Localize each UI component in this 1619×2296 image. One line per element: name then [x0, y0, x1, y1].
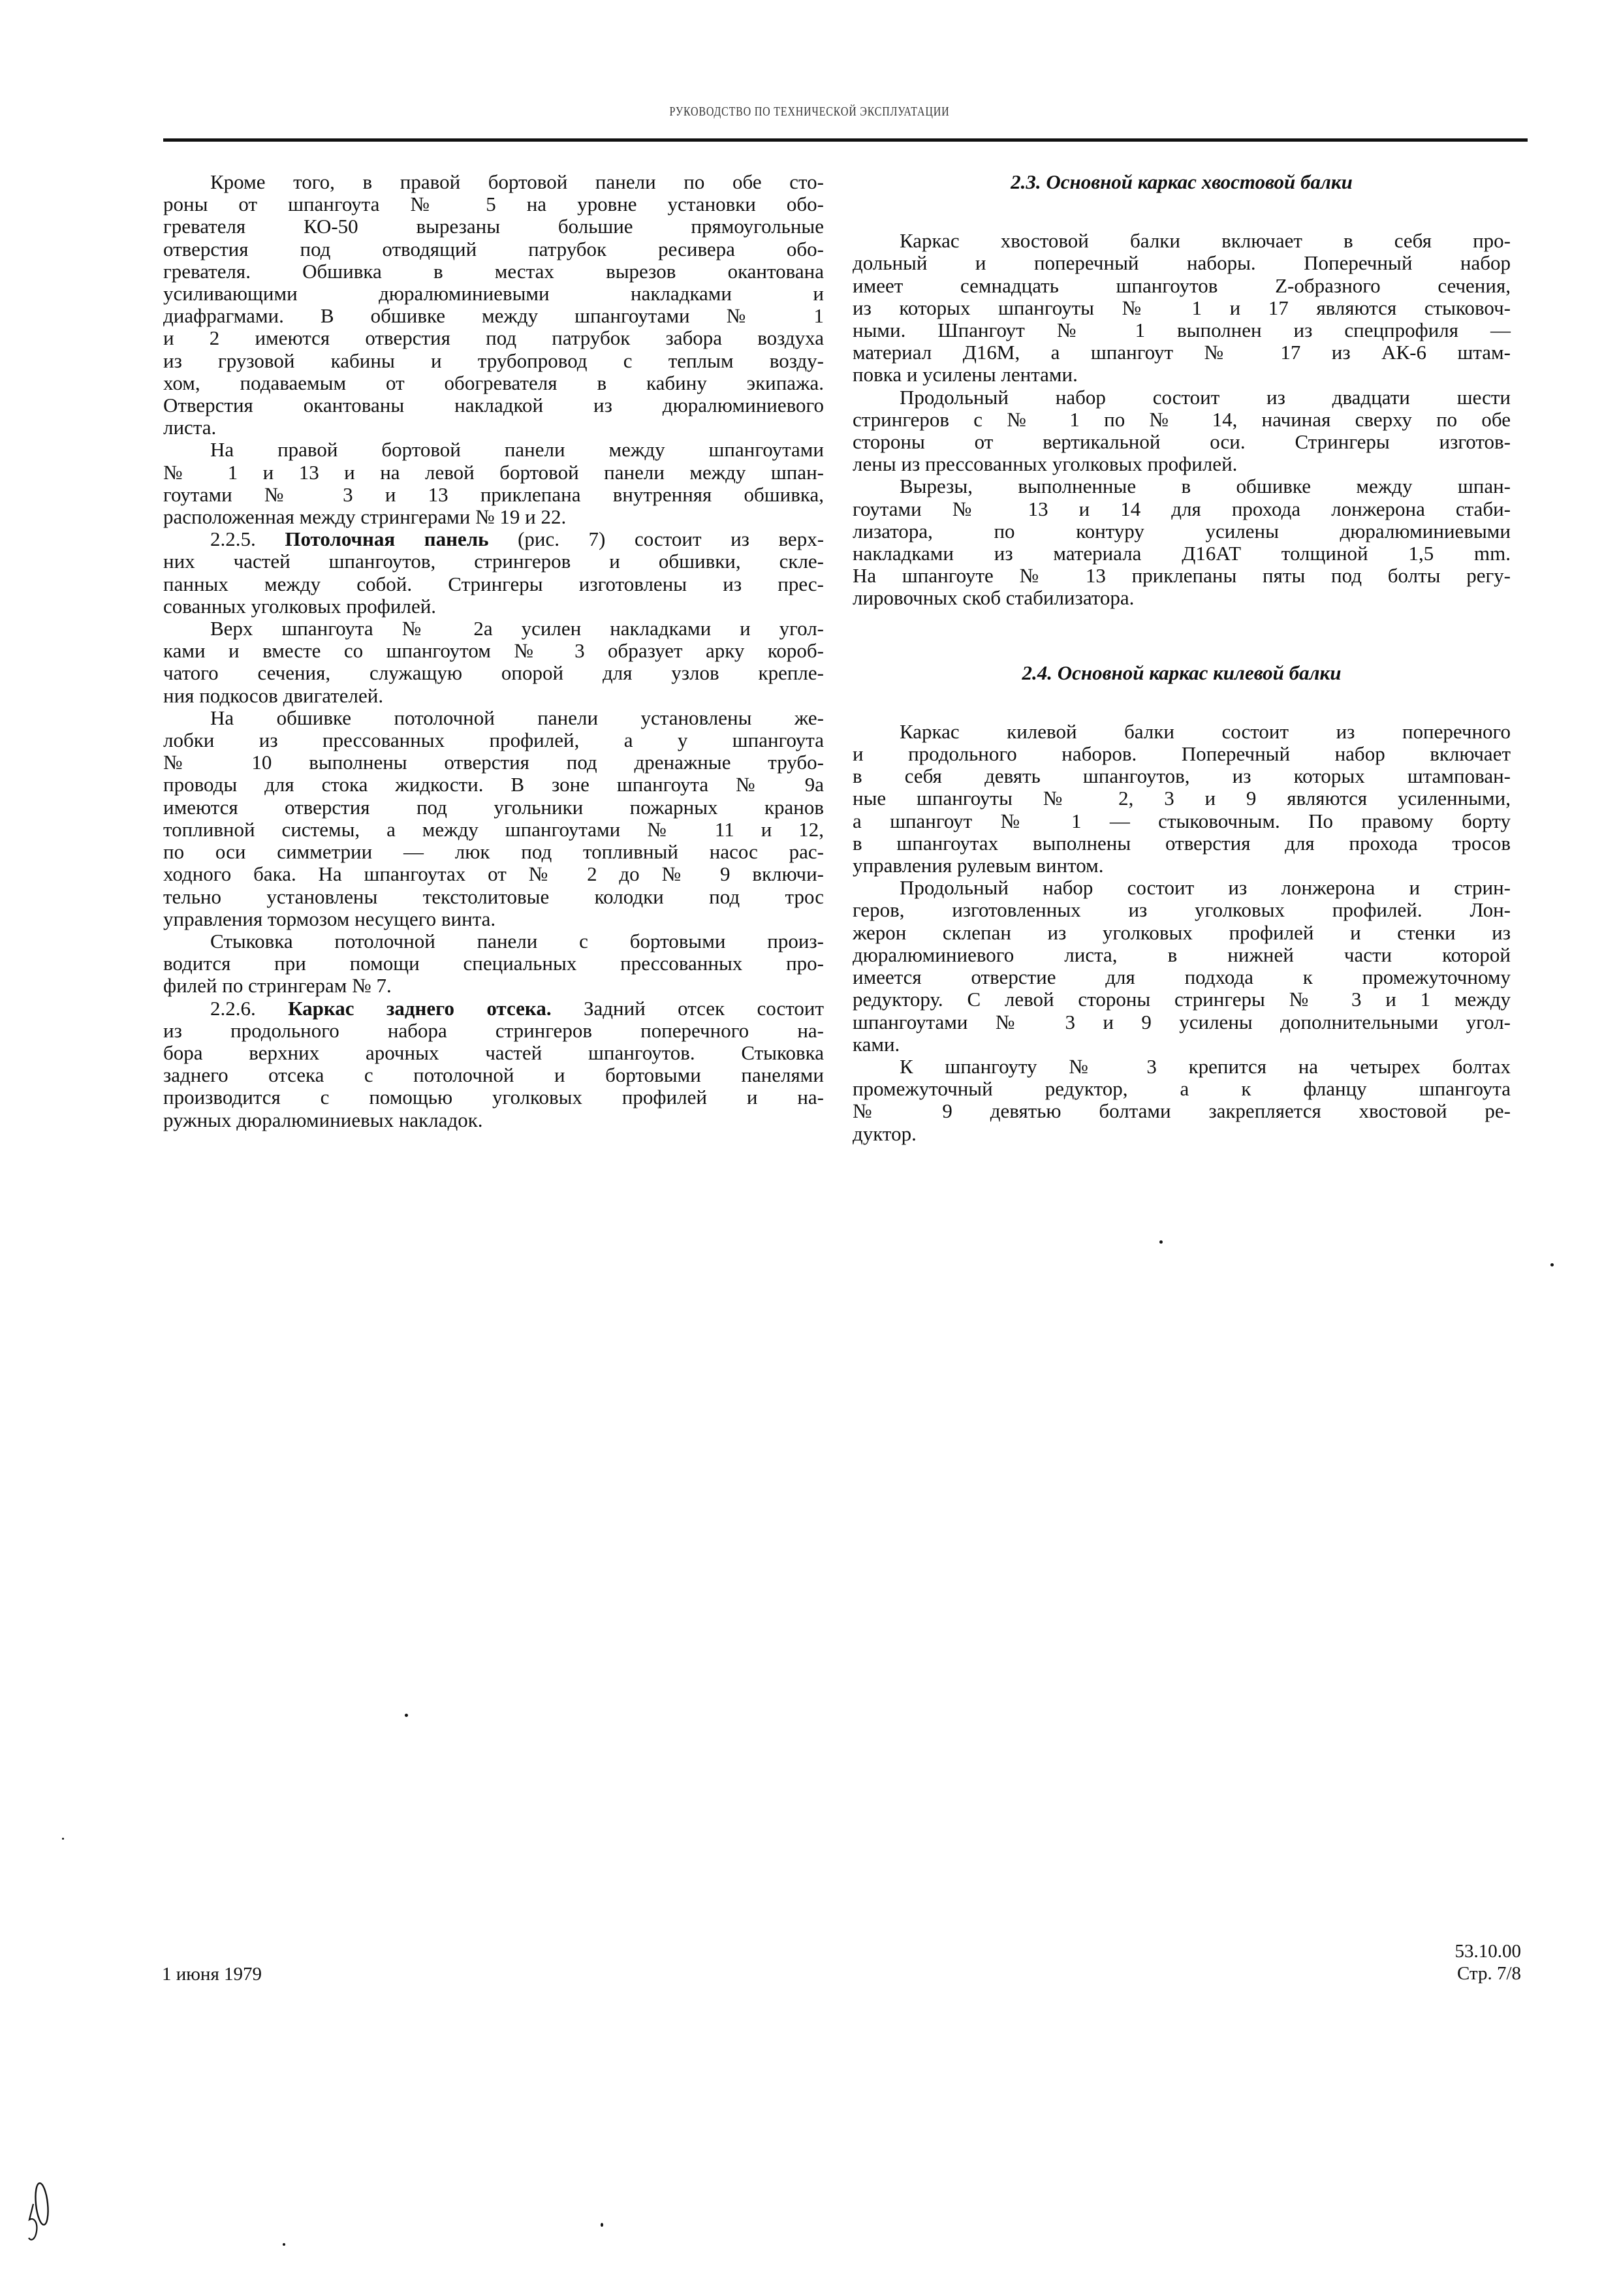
text-line: водится при помощи специальных прессован… — [163, 952, 824, 975]
scan-speck — [62, 1838, 64, 1840]
text-line: ружных дюралюминиевых накладок. — [163, 1109, 824, 1131]
text-line: стрингеров с № 1 по № 14, начиная сверху… — [853, 409, 1511, 431]
text-line: геров, изготовленных из уголковых профил… — [853, 899, 1511, 921]
bold-term: Потолочная панель — [285, 527, 488, 550]
text-line: накладками из материала Д16АТ толщиной 1… — [853, 543, 1511, 565]
scan-speck — [283, 2243, 285, 2246]
text-line: ными. Шпангоут № 1 выполнен из спецпрофи… — [853, 319, 1511, 341]
paragraph: К шпангоуту № 3 крепится на четырех болт… — [853, 1056, 1511, 1145]
handwritten-page-number-mark — [25, 2179, 51, 2244]
text-line: хом, подаваемым от обогревателя в кабину… — [163, 372, 824, 394]
paragraph-2-2-5: 2.2.5. Потолочная панель (рис. 7) состои… — [163, 528, 824, 618]
right-column: 2.3. Основной каркас хвостовой балки Кар… — [853, 171, 1511, 1145]
text-line: усиливающими дюралюминиевыми накладками … — [163, 283, 824, 305]
text-line: гоутами № 3 и 13 приклепана внутренняя о… — [163, 484, 824, 506]
paragraph: Кроме того, в правой бортовой панели по … — [163, 171, 824, 439]
text-line: дуктор. — [853, 1123, 1511, 1145]
text-line: Каркас килевой балки состоит из поперечн… — [853, 721, 1511, 743]
text-fragment: (рис. 7) состоит из верх- — [518, 527, 824, 550]
text-line: дольный и поперечный наборы. Поперечный … — [853, 252, 1511, 274]
text-line: Стыковка потолочной панели с бортовыми п… — [163, 930, 824, 952]
text-line: в себя девять шпангоутов, из которых шта… — [853, 765, 1511, 787]
doc-code: 53.10.00 — [1455, 1940, 1522, 1962]
text-line: № 9 девятью болтами закрепляется хвостов… — [853, 1100, 1511, 1122]
section-number: 2.2.6. — [210, 997, 256, 1020]
section-number: 2.2.5. — [210, 527, 256, 550]
text-line: имеется отверстие для подхода к промежут… — [853, 966, 1511, 988]
text-line: из грузовой кабины и трубопровод с теплы… — [163, 350, 824, 372]
text-line: ные шпангоуты № 2, 3 и 9 являются усилен… — [853, 787, 1511, 810]
text-line: в шпангоутах выполнены отверстия для про… — [853, 832, 1511, 855]
text-line: расположенная между стрингерами № 19 и 2… — [163, 506, 824, 528]
scan-speck — [1159, 1240, 1163, 1244]
text-line: № 10 выполнены отверстия под дренажные т… — [163, 751, 824, 774]
text-line: чатого сечения, служащую опорой для узло… — [163, 662, 824, 684]
text-line: повка и усилены лентами. — [853, 364, 1511, 386]
text-line: Продольный набор состоит из двадцати шес… — [853, 386, 1511, 409]
text-line: жерон склепан из уголковых профилей и ст… — [853, 922, 1511, 944]
text-line: филей по стрингерам № 7. — [163, 975, 824, 997]
paragraph: Вырезы, выполненные в обшивке между шпан… — [853, 475, 1511, 609]
text-line: ками. — [853, 1033, 1511, 1056]
text-line: Отверстия окантованы накладкой из дюралю… — [163, 394, 824, 417]
text-line: сованных уголковых профилей. — [163, 595, 824, 618]
scan-speck — [405, 1714, 408, 1717]
scan-speck — [601, 2223, 603, 2227]
paragraph-2-2-6: 2.2.6. Каркас заднего отсека. Задний отс… — [163, 998, 824, 1131]
text-line: № 1 и 13 и на левой бортовой панели межд… — [163, 462, 824, 484]
text-line: К шпангоуту № 3 крепится на четырех болт… — [853, 1056, 1511, 1078]
paragraph: Верх шпангоута № 2а усилен накладками и … — [163, 618, 824, 707]
paragraph: Каркас хвостовой балки включает в себя п… — [853, 230, 1511, 386]
text-line: материал Д16М, а шпангоут № 17 из АК-6 ш… — [853, 341, 1511, 364]
text-line: бора верхних арочных частей шпангоутов. … — [163, 1042, 824, 1064]
text-line: управления рулевым винтом. — [853, 855, 1511, 877]
footer-date: 1 июня 1979 — [162, 1964, 262, 1985]
text-line: имеет семнадцать шпангоутов Z-образного … — [853, 275, 1511, 297]
text-line: лизатора, по контуру усилены дюралюминие… — [853, 520, 1511, 543]
left-column: Кроме того, в правой бортовой панели по … — [163, 171, 824, 1131]
text-line: лировочных скоб стабилизатора. — [853, 587, 1511, 609]
page-number: Стр. 7/8 — [1455, 1962, 1522, 1985]
running-head: РУКОВОДСТВО ПО ТЕХНИЧЕСКОЙ ЭКСПЛУАТАЦИИ — [162, 104, 1457, 119]
text-line: шпангоутами № 3 и 9 усилены дополнительн… — [853, 1011, 1511, 1033]
bold-term: Каркас заднего отсека. — [288, 997, 551, 1020]
text-line: производится с помощью уголковых профиле… — [163, 1086, 824, 1109]
paragraph: Каркас килевой балки состоит из поперечн… — [853, 721, 1511, 877]
text-line: Каркас хвостовой балки включает в себя п… — [853, 230, 1511, 252]
paragraph: Продольный набор состоит из лонжерона и … — [853, 877, 1511, 1056]
text-line: Продольный набор состоит из лонжерона и … — [853, 877, 1511, 899]
text-line: отверстия под отводящий патрубок ресивер… — [163, 238, 824, 260]
text-line: и продольного наборов. Поперечный набор … — [853, 743, 1511, 765]
text-line: 2.2.5. Потолочная панель (рис. 7) состои… — [163, 528, 824, 550]
footer-doc-info: 53.10.00 Стр. 7/8 — [1455, 1940, 1522, 1985]
paragraph: На правой бортовой панели между шпангоут… — [163, 439, 824, 528]
text-line: стороны от вертикальной оси. Стрингеры и… — [853, 431, 1511, 453]
text-line: имеются отверстия под угольники пожарных… — [163, 796, 824, 819]
text-line: топливной системы, а между шпангоутами №… — [163, 819, 824, 841]
scan-speck — [1550, 1263, 1554, 1266]
text-line: из продольного набора стрингеров попереч… — [163, 1020, 824, 1042]
text-line: редуктору. С левой стороны стрингеры № 3… — [853, 988, 1511, 1011]
text-line: На обшивке потолочной панели установлены… — [163, 707, 824, 729]
text-line: Вырезы, выполненные в обшивке между шпан… — [853, 475, 1511, 497]
text-line: лобки из прессованных профилей, а у шпан… — [163, 729, 824, 751]
text-line: а шпангоут № 1 — стыковочным. По правому… — [853, 810, 1511, 832]
text-line: Верх шпангоута № 2а усилен накладками и … — [163, 618, 824, 640]
text-line: гоутами № 13 и 14 для прохода лонжерона … — [853, 498, 1511, 520]
paragraph: На обшивке потолочной панели установлены… — [163, 707, 824, 930]
text-line: листа. — [163, 417, 824, 439]
text-line: гревателя КО-50 вырезаны большие прямоуг… — [163, 215, 824, 238]
text-line: На правой бортовой панели между шпангоут… — [163, 439, 824, 461]
header-rule — [163, 138, 1528, 142]
text-line: заднего отсека с потолочной и бортовыми … — [163, 1064, 824, 1086]
text-line: дюралюминиевого листа, в нижней части ко… — [853, 944, 1511, 966]
text-line: ния подкосов двигателей. — [163, 685, 824, 707]
text-line: них частей шпангоутов, стрингеров и обши… — [163, 550, 824, 573]
paragraph: Продольный набор состоит из двадцати шес… — [853, 386, 1511, 476]
text-line: гревателя. Обшивка в местах вырезов окан… — [163, 260, 824, 283]
section-heading-2-4: 2.4. Основной каркас килевой балки — [853, 662, 1511, 684]
text-line: диафрагмами. В обшивке между шпангоутами… — [163, 305, 824, 327]
text-line: тельно установлены текстолитовые колодки… — [163, 886, 824, 908]
text-fragment: Задний отсек состоит — [584, 997, 824, 1020]
text-line: 2.2.6. Каркас заднего отсека. Задний отс… — [163, 998, 824, 1020]
section-heading-2-3: 2.3. Основной каркас хвостовой балки — [853, 171, 1511, 193]
text-line: панных между собой. Стрингеры изготовлен… — [163, 573, 824, 595]
text-line: управления тормозом несущего винта. — [163, 908, 824, 930]
text-line: по оси симметрии — люк под топливный нас… — [163, 841, 824, 863]
text-line: ходного бака. На шпангоутах от № 2 до № … — [163, 863, 824, 885]
text-line: промежуточный редуктор, а к фланцу шпанг… — [853, 1078, 1511, 1100]
text-line: На шпангоуте № 13 приклепаны пяты под бо… — [853, 565, 1511, 587]
text-line: проводы для стока жидкости. В зоне шпанг… — [163, 774, 824, 796]
text-line: роны от шпангоута № 5 на уровне установк… — [163, 193, 824, 215]
text-line: Кроме того, в правой бортовой панели по … — [163, 171, 824, 193]
text-line: и 2 имеются отверстия под патрубок забор… — [163, 327, 824, 349]
text-line: ками и вместе со шпангоутом № 3 образует… — [163, 640, 824, 662]
text-line: лены из прессованных уголковых профилей. — [853, 453, 1511, 475]
text-line: из которых шпангоуты № 1 и 17 являются с… — [853, 297, 1511, 319]
paragraph: Стыковка потолочной панели с бортовыми п… — [163, 930, 824, 998]
